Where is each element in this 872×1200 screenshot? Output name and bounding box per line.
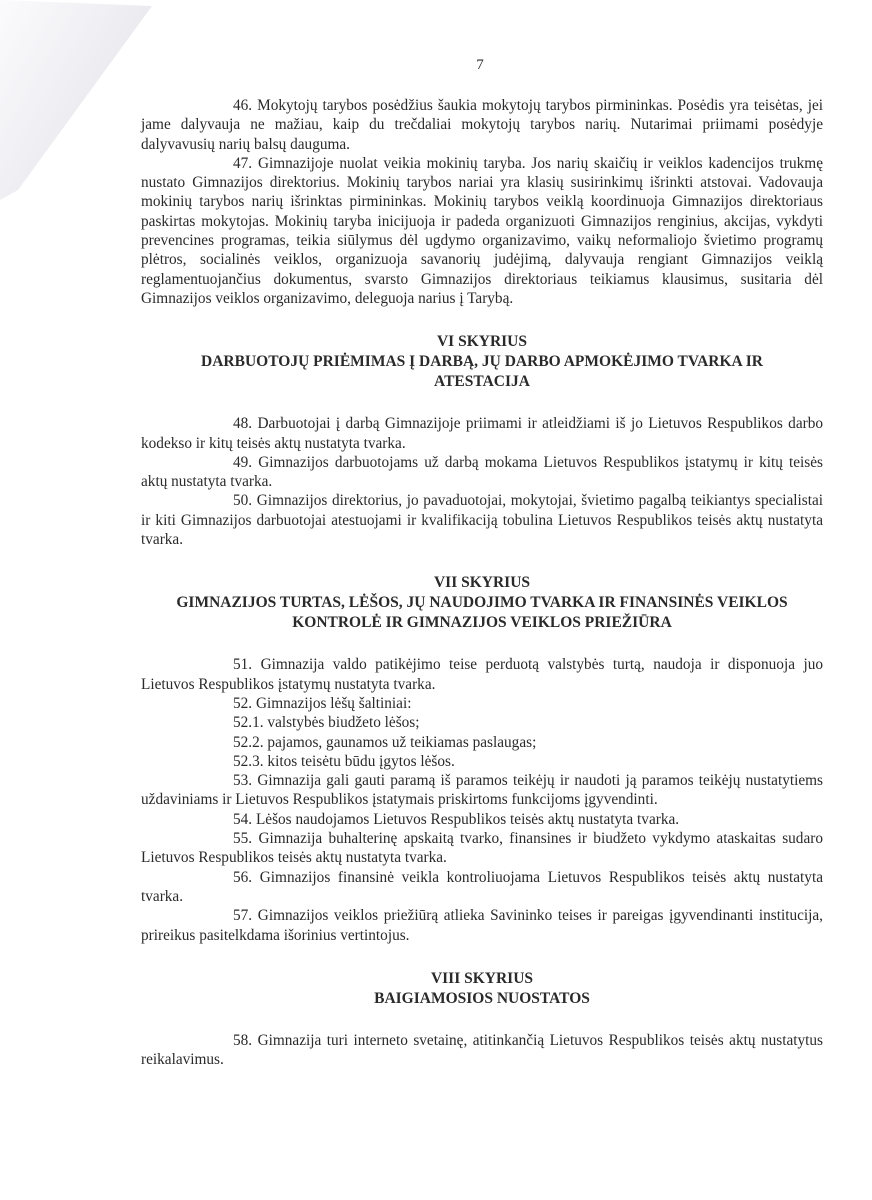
chapter-number: VII SKYRIUS	[141, 573, 823, 593]
list-item: 52.1. valstybės biudžeto lėšos;	[141, 713, 823, 732]
page-curl-edge	[0, 0, 160, 200]
list-item: 52.2. pajamos, gaunamos už teikiamas pas…	[141, 733, 823, 752]
paragraph: 57. Gimnazijos veiklos priežiūrą atlieka…	[141, 906, 823, 945]
chapter-heading: VII SKYRIUSGIMNAZIJOS TURTAS, LĖŠOS, JŲ …	[141, 573, 823, 633]
chapter-title-line: KONTROLĖ IR GIMNAZIJOS VEIKLOS PRIEŽIŪRA	[141, 613, 823, 633]
paragraph: 51. Gimnazija valdo patikėjimo teise per…	[141, 655, 823, 694]
chapter-title-line: DARBUOTOJŲ PRIĖMIMAS Į DARBĄ, JŲ DARBO A…	[141, 352, 823, 372]
page-number: 7	[44, 57, 872, 74]
chapter-heading: VI SKYRIUSDARBUOTOJŲ PRIĖMIMAS Į DARBĄ, …	[141, 332, 823, 392]
paragraph: 56. Gimnazijos finansinė veikla kontroli…	[141, 868, 823, 907]
paragraph: 49. Gimnazijos darbuotojams už darbą mok…	[141, 453, 823, 492]
chapter-number: VI SKYRIUS	[141, 332, 823, 352]
paragraph: 47. Gimnazijoje nuolat veikia mokinių ta…	[141, 154, 823, 308]
paragraph: 46. Mokytojų tarybos posėdžius šaukia mo…	[141, 96, 823, 154]
paragraph: 58. Gimnazija turi interneto svetainę, a…	[141, 1031, 823, 1070]
document-body: 46. Mokytojų tarybos posėdžius šaukia mo…	[141, 96, 823, 1069]
list-item: 52.3. kitos teisėtu būdu įgytos lėšos.	[141, 752, 823, 771]
chapter-number: VIII SKYRIUS	[141, 969, 823, 989]
paragraph: 55. Gimnazija buhalterinę apskaitą tvark…	[141, 829, 823, 868]
paragraph: 48. Darbuotojai į darbą Gimnazijoje prii…	[141, 414, 823, 453]
list-item: 54. Lėšos naudojamos Lietuvos Respubliko…	[141, 810, 823, 829]
chapter-title-line: GIMNAZIJOS TURTAS, LĖŠOS, JŲ NAUDOJIMO T…	[141, 593, 823, 613]
paragraph: 53. Gimnazija gali gauti paramą iš param…	[141, 771, 823, 810]
chapter-title-line: BAIGIAMOSIOS NUOSTATOS	[141, 989, 823, 1009]
paragraph: 50. Gimnazijos direktorius, jo pavaduoto…	[141, 491, 823, 549]
chapter-title-line: ATESTACIJA	[141, 372, 823, 392]
list-item: 52. Gimnazijos lėšų šaltiniai:	[141, 694, 823, 713]
chapter-heading: VIII SKYRIUSBAIGIAMOSIOS NUOSTATOS	[141, 969, 823, 1009]
